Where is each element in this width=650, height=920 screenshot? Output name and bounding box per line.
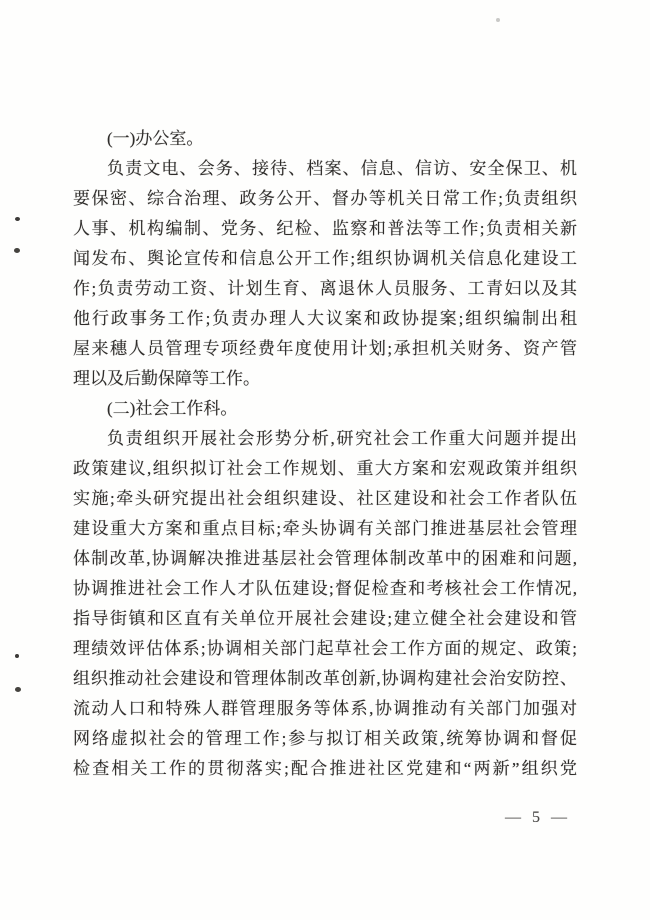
paragraph-line: 网络虚拟社会的管理工作;参与拟订相关政策,统筹协调和督促	[73, 724, 577, 754]
scan-speck	[14, 248, 20, 253]
text-block: (一)办公室。负责文电、会务、接待、档案、信息、信访、安全保卫、机要保密、综合治…	[73, 124, 577, 784]
scan-speck	[15, 217, 20, 221]
paragraph-line: 检查相关工作的贯彻落实;配合推进社区党建和“两新”组织党	[73, 754, 577, 784]
paragraph-line: 人事、机构编制、党务、纪检、监察和普法等工作;负责相关新	[73, 214, 577, 244]
paragraph-line: 负责文电、会务、接待、档案、信息、信访、安全保卫、机	[73, 154, 577, 184]
scan-speck	[15, 687, 21, 692]
scanned-document-page: (一)办公室。负责文电、会务、接待、档案、信息、信访、安全保卫、机要保密、综合治…	[0, 0, 650, 920]
paragraph-line: 协调推进社会工作人才队伍建设;督促检查和考核社会工作情况,	[73, 574, 577, 604]
heading-line: (一)办公室。	[73, 124, 577, 154]
paragraph-line: 体制改革,协调解决推进基层社会管理体制改革中的困难和问题,	[73, 544, 577, 574]
paragraph-line: 作;负责劳动工资、计划生育、离退休人员服务、工青妇以及其	[73, 274, 577, 304]
paragraph-line: 组织推动社会建设和管理体制改革创新,协调构建社会治安防控、	[73, 664, 577, 694]
scan-speck	[15, 654, 19, 658]
paragraph-line: 闻发布、舆论宣传和信息公开工作;组织协调机关信息化建设工	[73, 244, 577, 274]
paragraph-line: 负责组织开展社会形势分析,研究社会工作重大问题并提出	[73, 424, 577, 454]
paragraph-line: 理以及后勤保障等工作。	[73, 364, 577, 394]
paragraph-line: 理绩效评估体系;协调相关部门起草社会工作方面的规定、政策;	[73, 634, 577, 664]
heading-line: (二)社会工作科。	[73, 394, 577, 424]
page-number: — 5 —	[505, 806, 568, 830]
paragraph-line: 屋来穗人员管理专项经费年度使用计划;承担机关财务、资产管	[73, 334, 577, 364]
paragraph-line: 他行政事务工作;负责办理人大议案和政协提案;组织编制出租	[73, 304, 577, 334]
paragraph-line: 流动人口和特殊人群管理服务等体系,协调推动有关部门加强对	[73, 694, 577, 724]
scan-speck	[496, 18, 500, 22]
paragraph-line: 政策建议,组织拟订社会工作规划、重大方案和宏观政策并组织	[73, 454, 577, 484]
paragraph-line: 要保密、综合治理、政务公开、督办等机关日常工作;负责组织	[73, 184, 577, 214]
paragraph-line: 实施;牵头研究提出社会组织建设、社区建设和社会工作者队伍	[73, 484, 577, 514]
paragraph-line: 建设重大方案和重点目标;牵头协调有关部门推进基层社会管理	[73, 514, 577, 544]
paragraph-line: 指导街镇和区直有关单位开展社会建设;建立健全社会建设和管	[73, 604, 577, 634]
